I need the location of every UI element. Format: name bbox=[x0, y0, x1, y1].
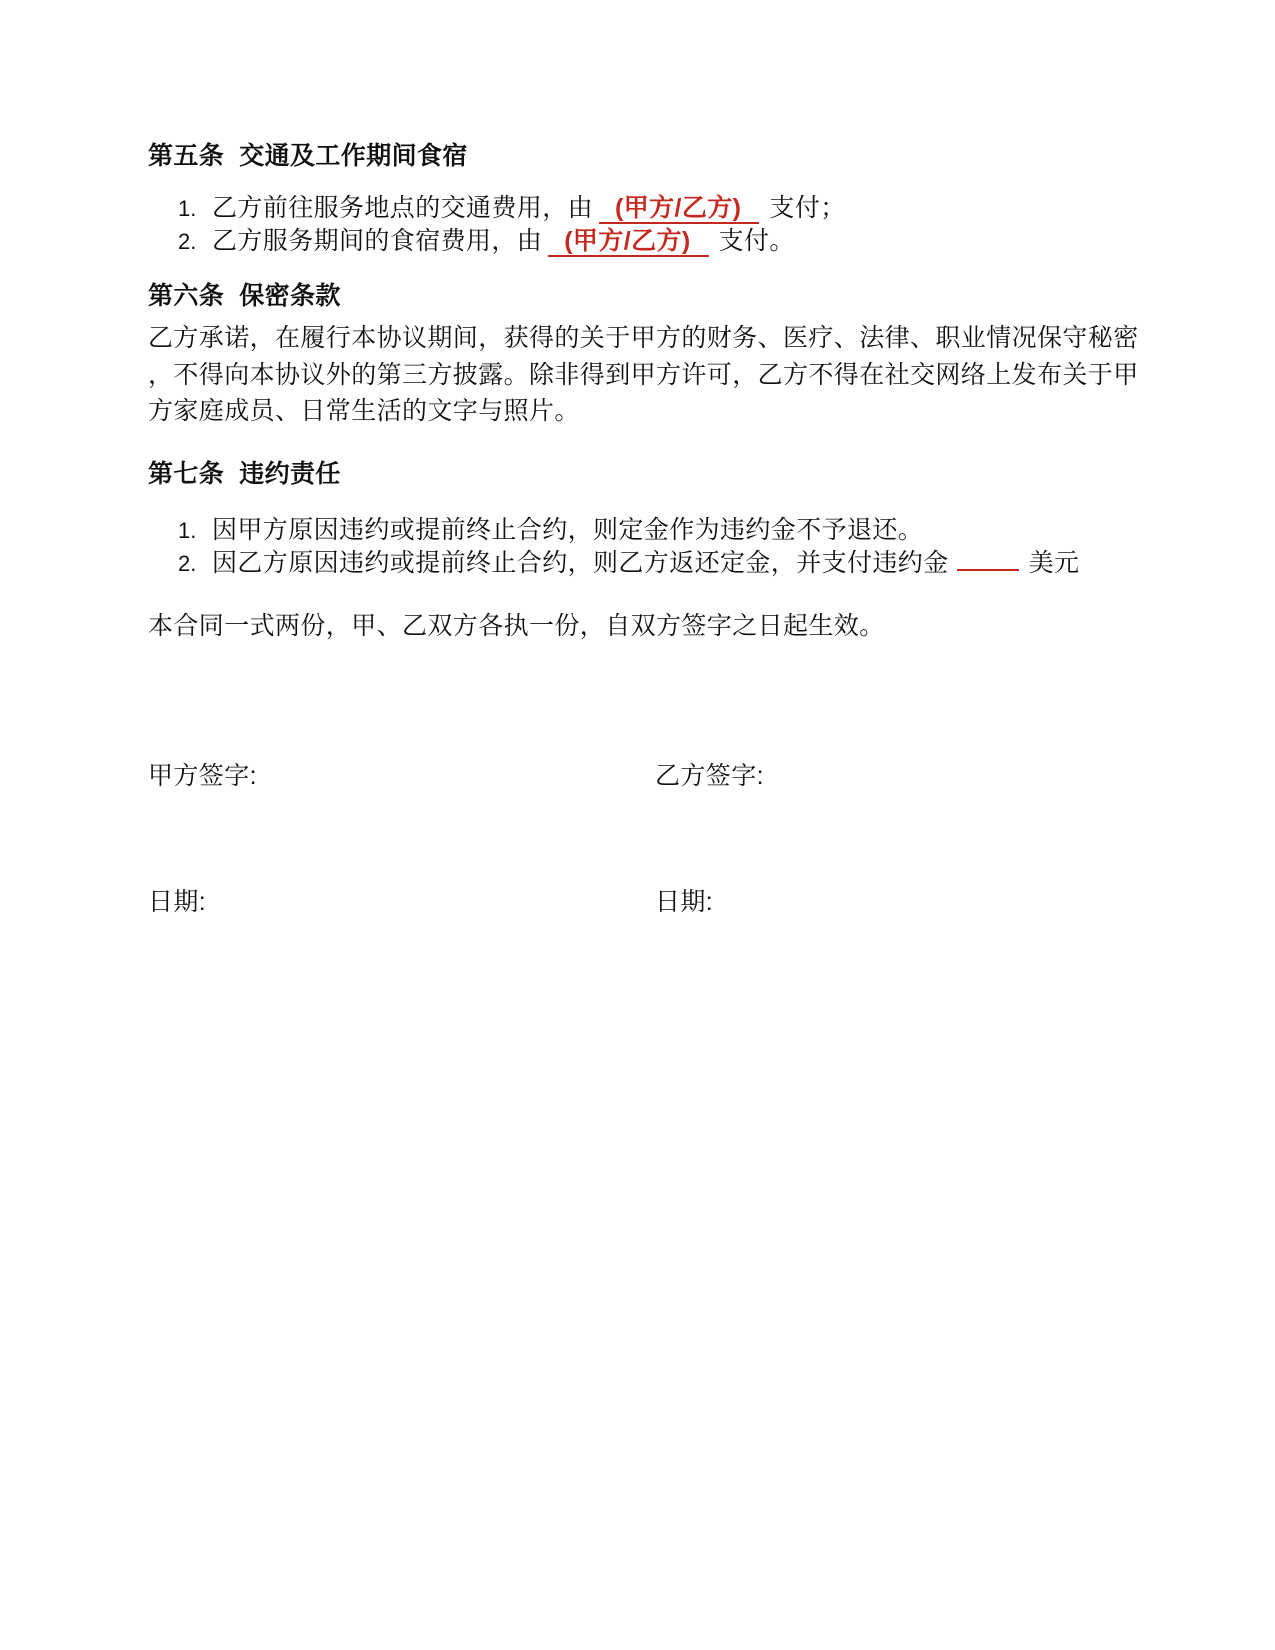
list-item: 2. 乙方服务期间的食宿费用，由(甲方/乙方)支付。 bbox=[148, 225, 1125, 258]
list-item-number: 2. bbox=[178, 225, 212, 258]
article-7-number: 第七条 bbox=[148, 460, 224, 488]
list-item-pre-text: 乙方前往服务地点的交通费用，由 bbox=[212, 194, 593, 222]
list-item-text: 因甲方原因违约或提前终止合约，则定金作为违约金不予退还。 bbox=[212, 514, 923, 547]
list-item-post-text: 支付； bbox=[769, 194, 845, 222]
list-item: 2. 因乙方原因违约或提前终止合约，则乙方返还定金，并支付违约金美元 bbox=[148, 547, 1125, 580]
list-item-post-text: 美元 bbox=[1029, 549, 1080, 577]
article-7-heading: 第七条违约责任 bbox=[148, 459, 1125, 489]
list-item-text: 因乙方原因违约或提前终止合约，则乙方返还定金，并支付违约金美元 bbox=[212, 547, 1079, 580]
party-b-signature-label: 乙方签字: bbox=[655, 762, 764, 790]
list-item-post-text: 支付。 bbox=[719, 227, 795, 255]
article-6-number: 第六条 bbox=[148, 282, 224, 310]
amount-blank-field[interactable] bbox=[957, 569, 1019, 571]
party-b-date-label: 日期: bbox=[655, 888, 713, 916]
party-blank-field[interactable]: (甲方/乙方) bbox=[548, 227, 708, 257]
list-item-text: 乙方服务期间的食宿费用，由(甲方/乙方)支付。 bbox=[212, 225, 795, 258]
list-item: 1. 乙方前往服务地点的交通费用，由(甲方/乙方)支付； bbox=[148, 192, 1125, 225]
article-5-heading: 第五条交通及工作期间食宿 bbox=[148, 141, 1125, 171]
contract-page: 第五条交通及工作期间食宿 1. 乙方前往服务地点的交通费用，由(甲方/乙方)支付… bbox=[0, 0, 1275, 1650]
paragraph-line: 方家庭成员、日常生活的文字与照片。 bbox=[148, 393, 1125, 430]
paragraph-line: ，不得向本协议外的第三方披露。除非得到甲方许可，乙方不得在社交网络上发布关于甲 bbox=[148, 357, 1125, 394]
date-row: 日期: 日期: bbox=[148, 888, 1125, 916]
party-blank-field[interactable]: (甲方/乙方) bbox=[599, 194, 759, 224]
article-5-number: 第五条 bbox=[148, 142, 224, 170]
article-5-title: 交通及工作期间食宿 bbox=[239, 142, 468, 170]
list-item-number: 1. bbox=[178, 192, 212, 225]
article-6-title: 保密条款 bbox=[239, 282, 341, 310]
list-item-number: 2. bbox=[178, 547, 212, 580]
article-5-list: 1. 乙方前往服务地点的交通费用，由(甲方/乙方)支付； 2. 乙方服务期间的食… bbox=[148, 192, 1125, 258]
list-item-pre-text: 因乙方原因违约或提前终止合约，则乙方返还定金，并支付违约金 bbox=[212, 549, 949, 577]
list-item-pre-text: 乙方服务期间的食宿费用，由 bbox=[212, 227, 542, 255]
party-blank-value: (甲方/乙方) bbox=[615, 194, 741, 222]
list-item: 1. 因甲方原因违约或提前终止合约，则定金作为违约金不予退还。 bbox=[148, 514, 1125, 547]
list-item-text: 乙方前往服务地点的交通费用，由(甲方/乙方)支付； bbox=[212, 192, 846, 225]
signature-row: 甲方签字: 乙方签字: bbox=[148, 762, 1125, 790]
paragraph-line: 乙方承诺，在履行本协议期间，获得的关于甲方的财务、医疗、法律、职业情况保守秘密 bbox=[148, 320, 1125, 357]
closing-statement: 本合同一式两份，甲、乙双方各执一份，自双方签字之日起生效。 bbox=[148, 613, 1125, 639]
party-a-signature-label: 甲方签字: bbox=[148, 762, 655, 790]
confidentiality-paragraph: 乙方承诺，在履行本协议期间，获得的关于甲方的财务、医疗、法律、职业情况保守秘密 … bbox=[148, 320, 1125, 430]
article-7-list: 1. 因甲方原因违约或提前终止合约，则定金作为违约金不予退还。 2. 因乙方原因… bbox=[148, 514, 1125, 580]
party-blank-value: (甲方/乙方) bbox=[564, 227, 690, 255]
article-7-title: 违约责任 bbox=[239, 460, 341, 488]
article-6-heading: 第六条保密条款 bbox=[148, 281, 1125, 311]
party-a-date-label: 日期: bbox=[148, 888, 655, 916]
list-item-number: 1. bbox=[178, 514, 212, 547]
